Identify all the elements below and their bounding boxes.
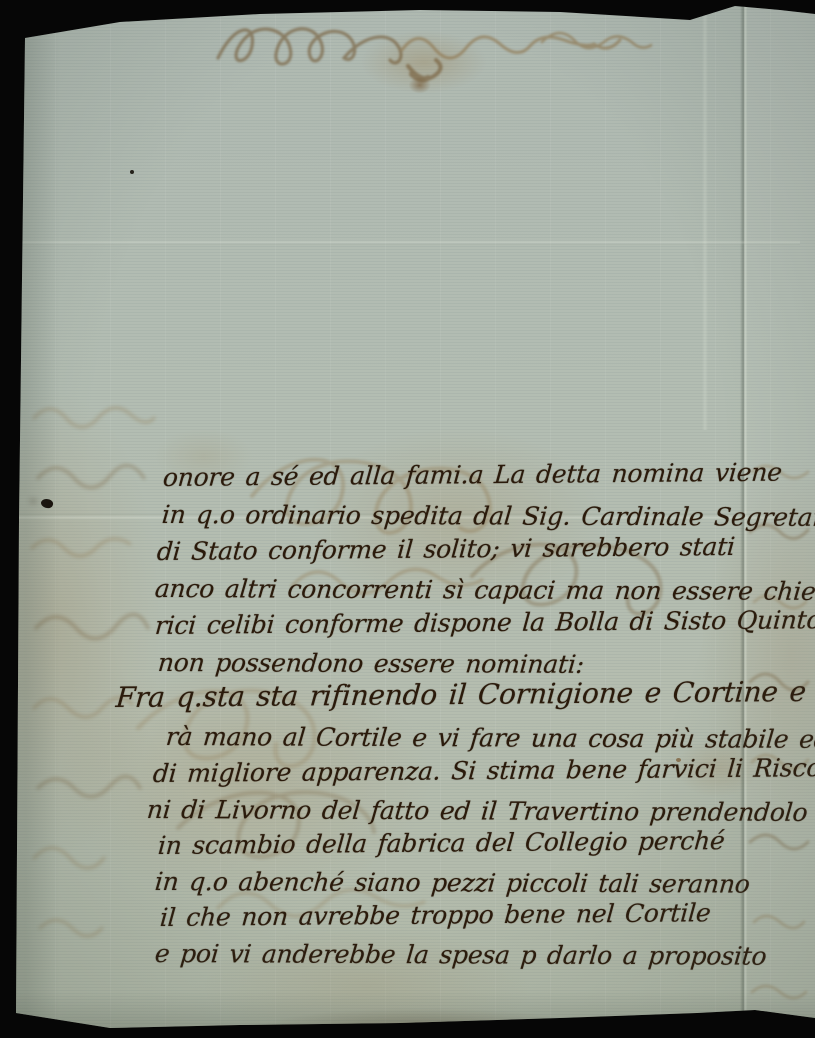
handwritten-line: rà mano al Cortile e vi fare una cosa pi… <box>165 722 815 754</box>
handwritten-line: in scambio della fabrica del Collegio pe… <box>157 826 726 860</box>
letter-body: onore a sé ed alla fami.a La detta nomin… <box>0 0 815 1038</box>
handwritten-line: di migliore apparenza. Si stima bene far… <box>152 753 815 788</box>
letter-page: onore a sé ed alla fami.a La detta nomin… <box>0 0 815 1038</box>
handwritten-line: anco altri concorrenti sì capaci ma non … <box>154 574 815 606</box>
scanner-background: onore a sé ed alla fami.a La detta nomin… <box>0 0 815 1038</box>
handwritten-line: e poi vi anderebbe la spesa p darlo a pr… <box>154 939 768 971</box>
handwritten-line: in q.o abenché siano pezzi piccoli tali … <box>154 867 751 899</box>
handwritten-line: di Stato conforme il solito; vi sarebber… <box>156 532 736 566</box>
handwritten-line: in q.o ordinario spedita dal Sig. Cardin… <box>161 500 815 532</box>
handwritten-line: rici celibi conforme dispone la Bolla di… <box>154 605 815 640</box>
handwritten-line: il che non avrebbe troppo bene nel Corti… <box>159 898 712 932</box>
handwritten-line: ni di Livorno del fatto ed il Travertino… <box>146 795 809 827</box>
handwritten-line: non possendono essere nominati: <box>157 648 586 679</box>
handwritten-line: onore a sé ed alla fami.a La detta nomin… <box>162 458 783 492</box>
handwritten-line: Fra q.sta sta rifinendo il Cornigione e … <box>115 674 815 714</box>
